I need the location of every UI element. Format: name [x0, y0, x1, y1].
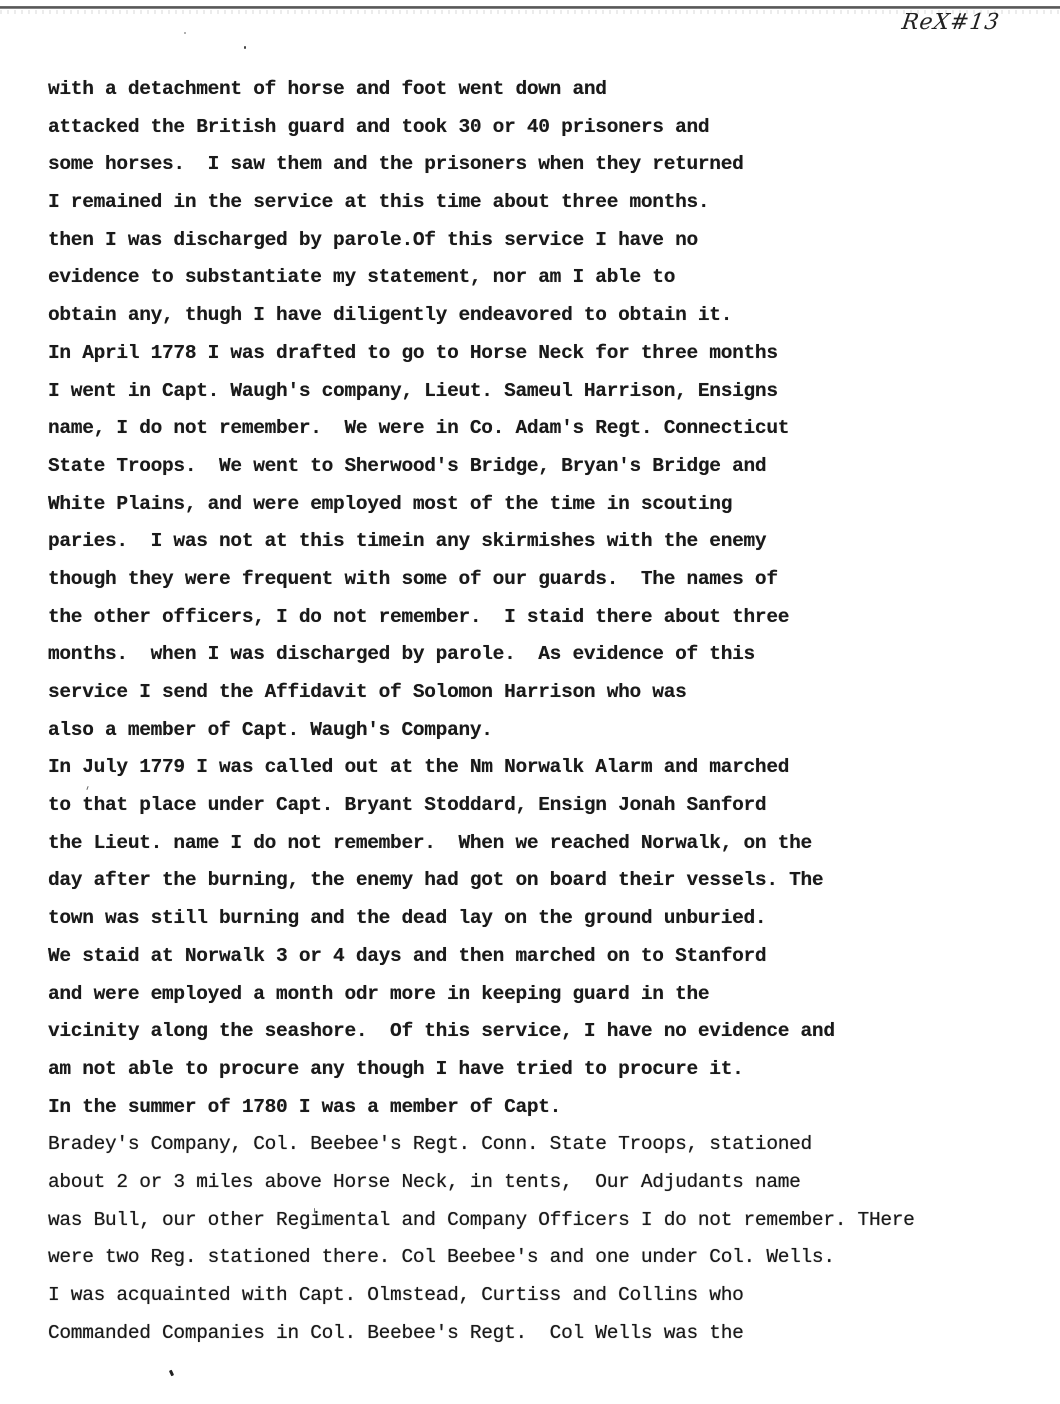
- text-line: some horses. I saw them and the prisoner…: [48, 149, 1048, 187]
- text-line: also a member of Capt. Waugh's Company.: [48, 715, 1048, 753]
- top-scan-border: [0, 6, 1060, 9]
- text-line: to that place under Capt. Bryant Stoddar…: [48, 790, 1048, 828]
- text-line: obtain any, thugh I have diligently ende…: [48, 300, 1048, 338]
- text-line: am not able to procure any though I have…: [48, 1054, 1048, 1092]
- text-line: with a detachment of horse and foot went…: [48, 74, 1048, 112]
- text-line: In April 1778 I was drafted to go to Hor…: [48, 338, 1048, 376]
- text-line: In the summer of 1780 I was a member of …: [48, 1092, 1048, 1130]
- text-line: evidence to substantiate my statement, n…: [48, 262, 1048, 300]
- text-line: then I was discharged by parole.Of this …: [48, 225, 1048, 263]
- handwritten-annotation: ReX#13: [900, 10, 1001, 35]
- scan-speck: [244, 46, 246, 49]
- text-line: We staid at Norwalk 3 or 4 days and then…: [48, 941, 1048, 979]
- scan-speck: [184, 32, 186, 34]
- text-line: town was still burning and the dead lay …: [48, 903, 1048, 941]
- text-line: the other officers, I do not remember. I…: [48, 602, 1048, 640]
- text-line: State Troops. We went to Sherwood's Brid…: [48, 451, 1048, 489]
- text-line: Bradey's Company, Col. Beebee's Regt. Co…: [48, 1129, 1048, 1167]
- text-line: the Lieut. name I do not remember. When …: [48, 828, 1048, 866]
- typed-page-body: with a detachment of horse and foot went…: [48, 74, 1048, 1355]
- text-line: paries. I was not at this timein any ski…: [48, 526, 1048, 564]
- text-line: service I send the Affidavit of Solomon …: [48, 677, 1048, 715]
- text-line: vicinity along the seashore. Of this ser…: [48, 1016, 1048, 1054]
- text-line: I was acquainted with Capt. Olmstead, Cu…: [48, 1280, 1048, 1318]
- text-line: attacked the British guard and took 30 o…: [48, 112, 1048, 150]
- top-scan-noise: [0, 10, 1060, 14]
- text-line: were two Reg. stationed there. Col Beebe…: [48, 1242, 1048, 1280]
- text-line: White Plains, and were employed most of …: [48, 489, 1048, 527]
- text-line: I remained in the service at this time a…: [48, 187, 1048, 225]
- text-line: Commanded Companies in Col. Beebee's Reg…: [48, 1318, 1048, 1356]
- text-line: I went in Capt. Waugh's company, Lieut. …: [48, 376, 1048, 414]
- text-line: and were employed a month odr more in ke…: [48, 979, 1048, 1017]
- text-line: was Bull, our other Regimental and Compa…: [48, 1205, 1048, 1243]
- text-line: about 2 or 3 miles above Horse Neck, in …: [48, 1167, 1048, 1205]
- text-line: though they were frequent with some of o…: [48, 564, 1048, 602]
- text-line: name, I do not remember. We were in Co. …: [48, 413, 1048, 451]
- text-line: months. when I was discharged by parole.…: [48, 639, 1048, 677]
- scan-speck: [169, 1370, 174, 1377]
- text-line: day after the burning, the enemy had got…: [48, 865, 1048, 903]
- text-line: In July 1779 I was called out at the Nm …: [48, 752, 1048, 790]
